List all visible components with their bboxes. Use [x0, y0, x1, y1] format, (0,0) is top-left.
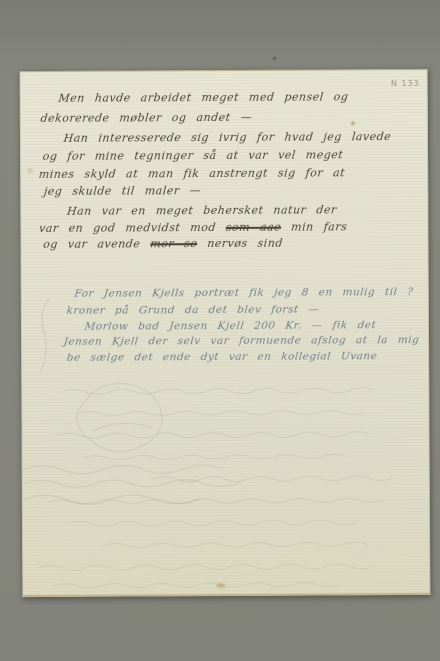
backdrop-speck — [273, 57, 276, 60]
handwriting-line: Han var en meget behersket natur der — [66, 203, 337, 217]
struck-word: mor se — [150, 237, 198, 250]
handwriting-line: jeg skulde til maler — — [43, 184, 201, 198]
line-segment: og var avende — [43, 237, 151, 251]
photo-background: N 133 Men havde arbeidet meget med pense… — [0, 0, 440, 661]
handwriting-line-blue: kroner på Grund da det blev forst — — [66, 304, 320, 317]
handwriting-line-blue: Morlow bad Jensen Kjell 200 Kr. — fik de… — [84, 319, 377, 333]
handwriting-line: og var avende mor se nervøs sind — [43, 237, 284, 251]
line-segment: nervøs sind — [197, 237, 284, 250]
foxing-spot — [351, 121, 355, 125]
letter-paper: N 133 Men havde arbeidet meget med pense… — [20, 69, 431, 597]
struck-word: som aae — [225, 221, 282, 234]
archival-number: N 133 — [391, 79, 420, 88]
foxing-spot — [216, 583, 225, 588]
handwriting-line-blue: For Jensen Kjells portræt fik jeg 8 en m… — [74, 286, 414, 300]
handwriting-line: var en god medvidst mod som aae min fars — [38, 220, 347, 235]
line-segment: var en god medvidst mod — [38, 221, 226, 235]
handwriting-line: mines skyld at man fik anstrengt sig for… — [38, 166, 346, 181]
handwriting-line: dekorerede møbler og andet — — [40, 111, 253, 125]
foxing-spot — [27, 168, 33, 173]
handwriting-line-blue: Jensen Kjell der selv var formuende afsl… — [63, 334, 420, 348]
handwriting-line: Han interesserede sig ivrig for hvad jeg… — [63, 130, 392, 145]
line-segment: min fars — [281, 220, 348, 233]
handwriting-line-blue: be sælge det ende dyt var en kollegial U… — [66, 350, 378, 364]
handwriting-line: og for mine tegninger så at var vel mege… — [42, 148, 344, 163]
handwriting-line: Men havde arbeidet meget med pensel og — [58, 90, 349, 105]
